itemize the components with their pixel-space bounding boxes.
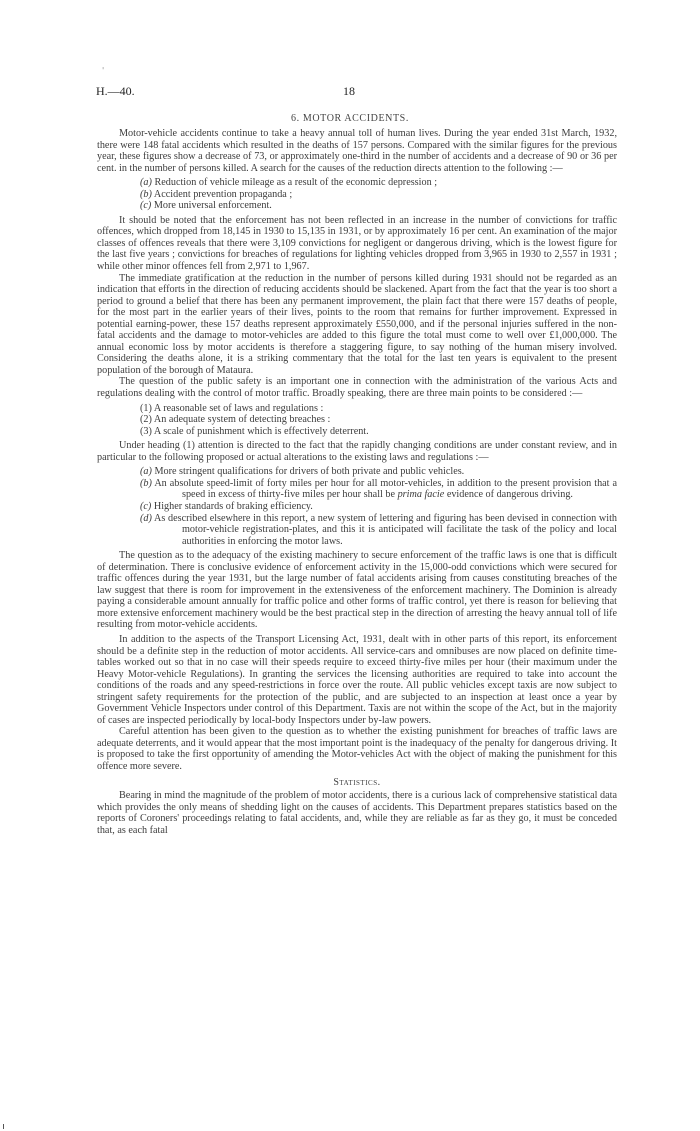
section-title: 6. MOTOR ACCIDENTS.	[0, 113, 700, 124]
paragraph-public-safety: The question of the public safety is an …	[97, 376, 617, 399]
list-label: (d)	[140, 513, 152, 524]
list-text: An adequate system of detecting breaches…	[154, 414, 331, 425]
list-label: (3)	[140, 426, 152, 437]
paragraph-statistics: Bearing in mind the magnitude of the pro…	[97, 790, 617, 836]
list-item: (2) An adequate system of detecting brea…	[97, 414, 617, 426]
margin-mark	[3, 1124, 4, 1129]
list-text: As described elsewhere in this report, a…	[154, 513, 617, 547]
paragraph-punishment: Careful attention has been given to the …	[97, 726, 617, 772]
paragraph-convictions: It should be noted that the enforcement …	[97, 215, 617, 273]
list-text: More universal enforcement.	[154, 200, 272, 211]
list-item: (b) An absolute speed-limit of forty mil…	[97, 478, 617, 501]
paragraph-enforcement-machinery: The question as to the adequacy of the e…	[97, 550, 617, 631]
list-text: A reasonable set of laws and regulations…	[154, 403, 323, 414]
paragraph-gratification: The immediate gratification at the reduc…	[97, 273, 617, 377]
document-body: Motor-vehicle accidents continue to take…	[97, 128, 617, 836]
list-item: (a) More stringent qualifications for dr…	[97, 466, 617, 478]
margin-mark: '	[102, 66, 104, 75]
list-label: (1)	[140, 403, 152, 414]
list-label: (a)	[140, 177, 152, 188]
list-text: Accident prevention propaganda ;	[154, 189, 292, 200]
paragraph-transport-licensing: In addition to the aspects of the Transp…	[97, 634, 617, 726]
main-points-list: (1) A reasonable set of laws and regulat…	[97, 403, 617, 438]
page-number: 18	[343, 84, 355, 99]
subheading-statistics: Statistics.	[97, 777, 617, 789]
list-item: (3) A scale of punishment which is effec…	[97, 426, 617, 438]
paragraph-intro: Motor-vehicle accidents continue to take…	[97, 128, 617, 174]
list-label: (2)	[140, 414, 152, 425]
list-label: (b)	[140, 478, 152, 489]
list-text-italic: prima facie	[398, 489, 445, 500]
list-item: (a) Reduction of vehicle mileage as a re…	[97, 177, 617, 189]
list-label: (b)	[140, 189, 152, 200]
list-label: (c)	[140, 200, 151, 211]
paragraph-heading-one: Under heading (1) attention is directed …	[97, 440, 617, 463]
list-label: (c)	[140, 501, 151, 512]
list-item: (c) More universal enforcement.	[97, 200, 617, 212]
list-text: More stringent qualifications for driver…	[154, 466, 464, 477]
causes-list: (a) Reduction of vehicle mileage as a re…	[97, 177, 617, 212]
list-text: A scale of punishment which is effective…	[154, 426, 369, 437]
list-label: (a)	[140, 466, 152, 477]
list-item: (b) Accident prevention propaganda ;	[97, 189, 617, 201]
list-item: (d) As described elsewhere in this repor…	[97, 513, 617, 548]
document-reference: H.—40.	[96, 84, 135, 99]
list-text: Higher standards of braking efficiency.	[154, 501, 313, 512]
list-text: Reduction of vehicle mileage as a result…	[154, 177, 437, 188]
list-item: (1) A reasonable set of laws and regulat…	[97, 403, 617, 415]
list-item: (c) Higher standards of braking efficien…	[97, 501, 617, 513]
alterations-list: (a) More stringent qualifications for dr…	[97, 466, 617, 547]
list-text: evidence of dangerous driving.	[444, 489, 573, 500]
